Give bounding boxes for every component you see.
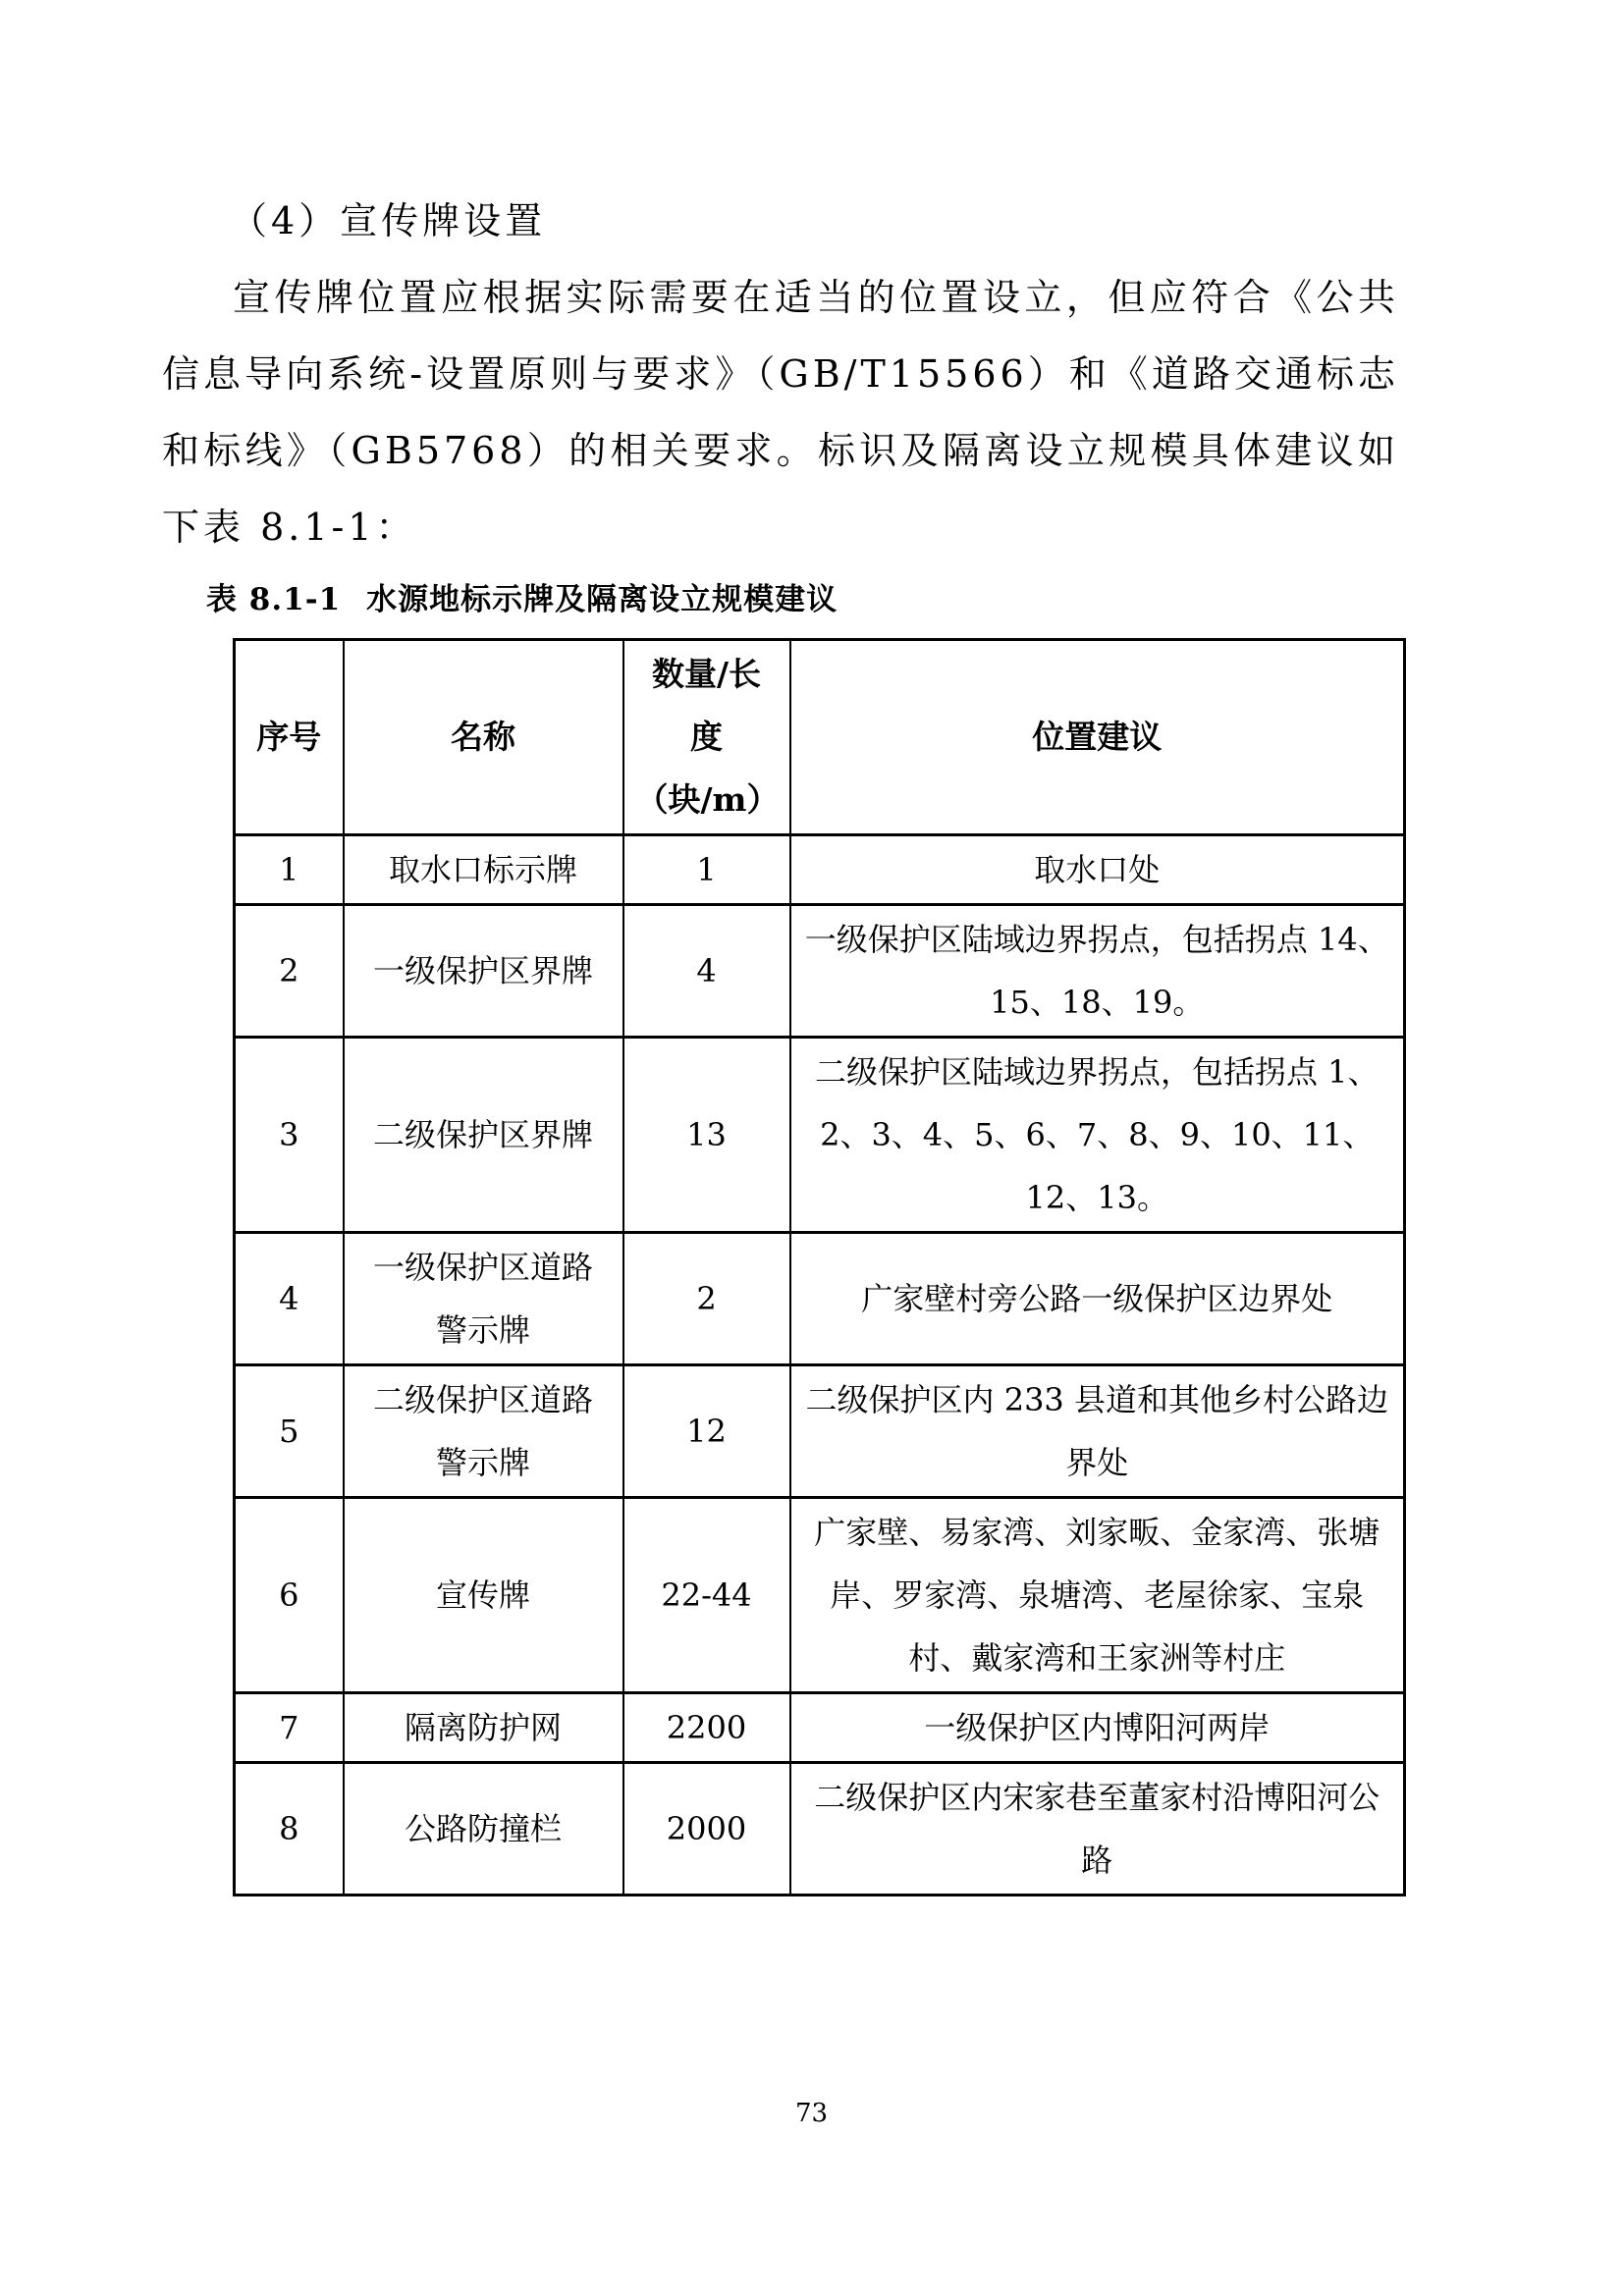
cell-name: 一级保护区界牌 xyxy=(344,905,623,1038)
cell-location: 一级保护区内博阳河两岸 xyxy=(790,1693,1405,1763)
header-quantity: 数量/长度（块/m） xyxy=(623,640,790,835)
signage-table: 序号 名称 数量/长度（块/m） 位置建议 1 取水口标示牌 1 取水口处 2 … xyxy=(233,638,1406,1896)
cell-quantity: 4 xyxy=(623,905,790,1038)
cell-quantity: 13 xyxy=(623,1038,790,1233)
header-index: 序号 xyxy=(235,640,344,835)
cell-quantity: 1 xyxy=(623,835,790,905)
table-row: 4 一级保护区道路警示牌 2 广家壁村旁公路一级保护区边界处 xyxy=(235,1233,1405,1365)
cell-index: 8 xyxy=(235,1763,344,1896)
cell-index: 1 xyxy=(235,835,344,905)
cell-quantity: 2 xyxy=(623,1233,790,1365)
cell-quantity: 2000 xyxy=(623,1763,790,1896)
table-row: 8 公路防撞栏 2000 二级保护区内宋家巷至董家村沿博阳河公路 xyxy=(235,1763,1405,1896)
cell-index: 5 xyxy=(235,1365,344,1498)
section-heading: （4）宣传牌设置 xyxy=(162,183,1399,259)
cell-index: 3 xyxy=(235,1038,344,1233)
cell-name: 公路防撞栏 xyxy=(344,1763,623,1896)
table-header-row: 序号 名称 数量/长度（块/m） 位置建议 xyxy=(235,640,1405,835)
table-row: 5 二级保护区道路警示牌 12 二级保护区内 233 县道和其他乡村公路边界处 xyxy=(235,1365,1405,1498)
cell-name: 宣传牌 xyxy=(344,1498,623,1693)
cell-location: 一级保护区陆域边界拐点，包括拐点 14、15、18、19。 xyxy=(790,905,1405,1038)
table-caption-title: 水源地标示牌及隔离设立规模建议 xyxy=(366,582,838,617)
table-row: 3 二级保护区界牌 13 二级保护区陆域边界拐点，包括拐点 1、2、3、4、5、… xyxy=(235,1038,1405,1233)
cell-location: 广家壁、易家湾、刘家畈、金家湾、张塘岸、罗家湾、泉塘湾、老屋徐家、宝泉村、戴家湾… xyxy=(790,1498,1405,1693)
cell-name: 取水口标示牌 xyxy=(344,835,623,905)
header-location: 位置建议 xyxy=(790,640,1405,835)
page-number: 73 xyxy=(0,2099,1623,2128)
table-row: 7 隔离防护网 2200 一级保护区内博阳河两岸 xyxy=(235,1693,1405,1763)
cell-name: 一级保护区道路警示牌 xyxy=(344,1233,623,1365)
table-row: 2 一级保护区界牌 4 一级保护区陆域边界拐点，包括拐点 14、15、18、19… xyxy=(235,905,1405,1038)
cell-location: 二级保护区陆域边界拐点，包括拐点 1、2、3、4、5、6、7、8、9、10、11… xyxy=(790,1038,1405,1233)
header-name: 名称 xyxy=(344,640,623,835)
document-page: （4）宣传牌设置 宣传牌位置应根据实际需要在适当的位置设立，但应符合《公共信息导… xyxy=(0,0,1623,2296)
table-caption: 表 8.1-1水源地标示牌及隔离设立规模建议 xyxy=(206,577,1399,622)
table-row: 6 宣传牌 22-44 广家壁、易家湾、刘家畈、金家湾、张塘岸、罗家湾、泉塘湾、… xyxy=(235,1498,1405,1693)
table-row: 1 取水口标示牌 1 取水口处 xyxy=(235,835,1405,905)
cell-quantity: 12 xyxy=(623,1365,790,1498)
cell-name: 二级保护区道路警示牌 xyxy=(344,1365,623,1498)
body-paragraph: 宣传牌位置应根据实际需要在适当的位置设立，但应符合《公共信息导向系统-设置原则与… xyxy=(162,259,1399,565)
cell-name: 隔离防护网 xyxy=(344,1693,623,1763)
cell-index: 7 xyxy=(235,1693,344,1763)
table-caption-label: 表 8.1-1 xyxy=(206,582,341,617)
cell-quantity: 2200 xyxy=(623,1693,790,1763)
content-area: （4）宣传牌设置 宣传牌位置应根据实际需要在适当的位置设立，但应符合《公共信息导… xyxy=(162,183,1399,1896)
header-quantity-line2: 度（块/m） xyxy=(636,706,778,831)
cell-location: 取水口处 xyxy=(790,835,1405,905)
cell-location: 广家壁村旁公路一级保护区边界处 xyxy=(790,1233,1405,1365)
cell-index: 2 xyxy=(235,905,344,1038)
cell-index: 4 xyxy=(235,1233,344,1365)
cell-location: 二级保护区内 233 县道和其他乡村公路边界处 xyxy=(790,1365,1405,1498)
cell-location: 二级保护区内宋家巷至董家村沿博阳河公路 xyxy=(790,1763,1405,1896)
cell-quantity: 22-44 xyxy=(623,1498,790,1693)
header-quantity-line1: 数量/长 xyxy=(636,643,778,706)
cell-name: 二级保护区界牌 xyxy=(344,1038,623,1233)
cell-index: 6 xyxy=(235,1498,344,1693)
